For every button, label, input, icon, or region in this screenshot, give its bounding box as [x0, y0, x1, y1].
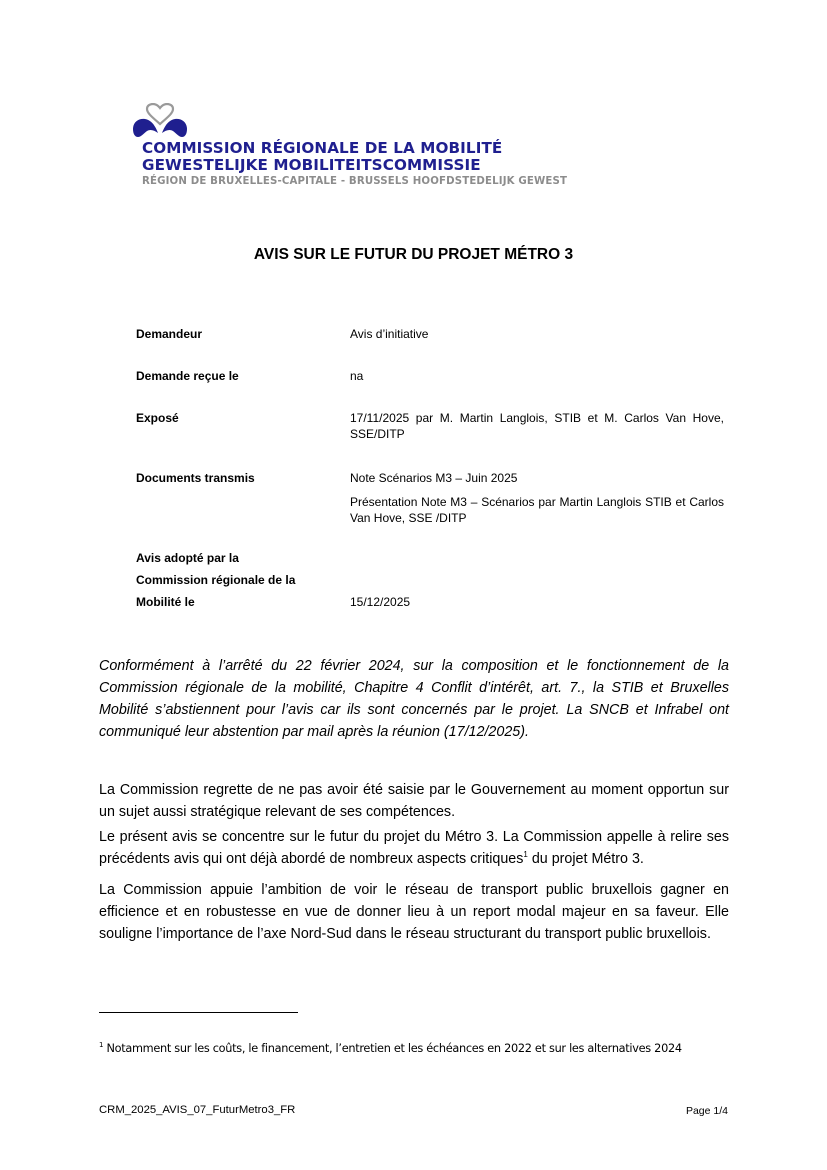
meta-label: Demande reçue le: [136, 365, 336, 387]
document-page: COMMISSION RÉGIONALE DE LA MOBILITÉ GEWE…: [0, 0, 827, 1170]
footnote-number: 1: [99, 1041, 103, 1049]
paragraph: Le présent avis se concentre sur le futu…: [99, 826, 729, 870]
document-title: AVIS SUR LE FUTUR DU PROJET MÉTRO 3: [0, 246, 827, 264]
meta-label-line: Mobilité le: [136, 591, 336, 613]
paragraph: La Commission appuie l’ambition de voir …: [99, 879, 729, 945]
footnote: 1 Notamment sur les coûts, le financemen…: [99, 1037, 719, 1057]
paragraph: La Commission regrette de ne pas avoir é…: [99, 779, 729, 823]
heart-with-waves-logo-icon: [132, 103, 188, 139]
org-name-fr: COMMISSION RÉGIONALE DE LA MOBILITÉ: [142, 139, 502, 157]
meta-label: Avis adopté par la Commission régionale …: [136, 547, 336, 613]
meta-value: Avis d’initiative: [350, 326, 724, 342]
meta-value: na: [350, 368, 724, 384]
org-name-nl: GEWESTELIJKE MOBILITEITSCOMMISSIE: [142, 156, 481, 174]
meta-value: 15/12/2025: [350, 594, 724, 610]
region-name: RÉGION DE BRUXELLES-CAPITALE - BRUSSELS …: [142, 176, 567, 187]
paragraph-text: du projet Métro 3.: [528, 851, 644, 867]
abstention-note: Conformément à l’arrêté du 22 février 20…: [99, 655, 729, 743]
meta-label-line: Avis adopté par la: [136, 547, 336, 569]
document-item: Note Scénarios M3 – Juin 2025: [350, 470, 724, 486]
meta-label: Demandeur: [136, 323, 336, 345]
meta-value-list: Note Scénarios M3 – Juin 2025 Présentati…: [350, 470, 724, 534]
footnote-text: Notamment sur les coûts, le financement,…: [106, 1042, 681, 1055]
meta-label: Documents transmis: [136, 467, 336, 489]
meta-label-line: Commission régionale de la: [136, 569, 336, 591]
document-item: Présentation Note M3 – Scénarios par Mar…: [350, 494, 724, 526]
meta-value: 17/11/2025 par M. Martin Langlois, STIB …: [350, 410, 724, 442]
footer-page-number: Page 1/4: [686, 1105, 728, 1117]
meta-label: Exposé: [136, 407, 336, 429]
footnote-separator: [99, 1012, 298, 1013]
footer-doc-id: CRM_2025_AVIS_07_FuturMetro3_FR: [99, 1104, 295, 1116]
